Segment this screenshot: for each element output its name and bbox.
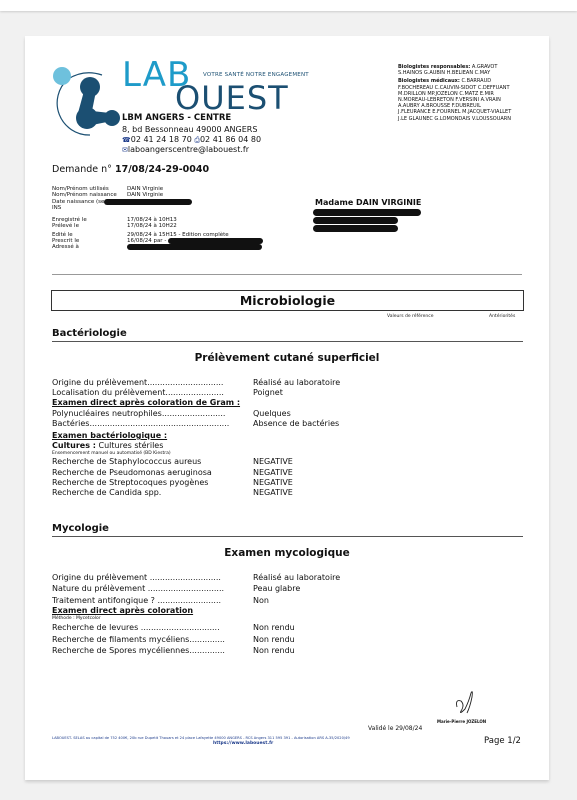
result-value: Peau glabre bbox=[253, 583, 300, 594]
legal-notice: LABOUEST- SELAS au capital de 752 400€, … bbox=[52, 736, 492, 740]
result-value: NEGATIVE bbox=[253, 478, 293, 488]
report-title: Microbiologie bbox=[51, 290, 524, 311]
lab-phone: 02 41 24 18 70 bbox=[131, 135, 192, 144]
recipient-name: Madame DAIN VIRGINIE bbox=[315, 198, 421, 207]
biologists-block: Biologistes responsables: A.GRAVOT S.HAI… bbox=[398, 64, 548, 124]
cultures-value: Cultures stériles bbox=[99, 441, 164, 451]
info-value: DAIN Virginie bbox=[127, 192, 163, 198]
biologist-line: C.BARRAUD bbox=[462, 78, 492, 84]
result-value: NEGATIVE bbox=[253, 488, 293, 498]
divider bbox=[52, 274, 522, 275]
result-label: Bactéries...............................… bbox=[52, 419, 253, 429]
signer-name: Marie-Pierre JOZELON bbox=[437, 719, 486, 724]
info-label: Adressé à bbox=[52, 244, 127, 250]
redacted-block bbox=[104, 199, 192, 205]
request-label: Demande n° bbox=[52, 164, 112, 175]
brand-ouest: OUEST bbox=[175, 82, 289, 114]
request-value: 17/08/24-29-0040 bbox=[115, 164, 209, 175]
result-label: Recherche de Staphylococcus aureus bbox=[52, 457, 253, 467]
result-value: Poignet bbox=[253, 388, 283, 398]
signature-icon bbox=[451, 689, 481, 719]
result-value: Quelques bbox=[253, 409, 291, 419]
mycology-subtitle: Examen mycologique bbox=[25, 547, 549, 559]
section-mycology: Mycologie bbox=[52, 523, 523, 537]
col-reference-values: Valeurs de référence bbox=[387, 314, 434, 319]
result-value: NEGATIVE bbox=[253, 457, 293, 467]
validated-date: Validé le 29/08/24 bbox=[368, 725, 422, 732]
result-label: Recherche de Candida spp. bbox=[52, 488, 253, 498]
lab-contact: 8, bd Bessonneau 49000 ANGERS ☎02 41 24 … bbox=[122, 125, 261, 155]
result-value: Absence de bactéries bbox=[253, 419, 339, 429]
lab-address: 8, bd Bessonneau 49000 ANGERS bbox=[122, 125, 261, 135]
result-value: Réalisé au laboratoire bbox=[253, 572, 340, 583]
mycology-direct-heading: Examen direct après coloration bbox=[52, 606, 340, 616]
page-number: Page 1/2 bbox=[484, 736, 521, 746]
lab-site-name: LBM ANGERS - CENTRE bbox=[122, 113, 231, 123]
viewer-toolbar bbox=[0, 0, 577, 11]
patient-info: Nom/Prénom utilisésDAIN Virginie Nom/Pré… bbox=[52, 186, 263, 251]
mycology-results: Origine du prélèvement .................… bbox=[52, 572, 340, 656]
biologist-line: M.DRILLON MP.JOZELON C.MATZ E.MIR bbox=[398, 91, 494, 97]
result-value: Non rendu bbox=[253, 645, 295, 656]
biologist-line: A.AUBRY A.BROUSSE F.DUBREUIL bbox=[398, 103, 481, 109]
result-label: Nature du prélèvement ..................… bbox=[52, 583, 253, 594]
cultures-label: Cultures : bbox=[52, 441, 96, 451]
bacteriology-results: Origine du prélèvement..................… bbox=[52, 378, 340, 498]
biologist-line: S.HAINOS G.AUBIN H.BELIEAN C.MAY bbox=[398, 70, 490, 76]
info-label: INS bbox=[52, 205, 127, 211]
result-label: Recherche de Spores mycéliennes.........… bbox=[52, 645, 253, 656]
result-value: Non rendu bbox=[253, 634, 295, 645]
result-label: Traitement antifongique ? ..............… bbox=[52, 595, 253, 606]
redacted-block bbox=[168, 238, 263, 244]
info-value: 17/08/24 à 10H22 bbox=[127, 223, 177, 229]
result-value: Réalisé au laboratoire bbox=[253, 378, 340, 388]
lab-email[interactable]: laboangerscentre@labouest.fr bbox=[128, 145, 249, 154]
result-value: NEGATIVE bbox=[253, 468, 293, 478]
result-label: Polynucléaires neutrophiles.............… bbox=[52, 409, 253, 419]
biologists-medicaux-label: Biologistes médicaux: bbox=[398, 78, 460, 84]
document-page: LAB VOTRE SANTÉ NOTRE ENGAGEMENT OUEST L… bbox=[25, 36, 549, 780]
gram-heading: Examen direct après coloration de Gram : bbox=[52, 398, 340, 408]
website-link[interactable]: https://www.labouest.fr bbox=[213, 741, 273, 746]
request-number: Demande n° 17/08/24-29-0040 bbox=[52, 164, 209, 175]
biologist-line: J.LE GLAUNEC G.LOMONDAIS V.LOUSSOUARN bbox=[398, 116, 511, 122]
result-label: Recherche de Streptocoques pyogènes bbox=[52, 478, 253, 488]
biologist-line: A.GRAVOT bbox=[472, 64, 498, 70]
result-label: Recherche de Pseudomonas aeruginosa bbox=[52, 468, 253, 478]
biologists-responsables-label: Biologistes responsables: bbox=[398, 64, 470, 70]
recipient-address-redacted bbox=[313, 209, 421, 233]
bacteriology-exam-heading: Examen bactériologique : bbox=[52, 431, 340, 441]
brand-tagline: VOTRE SANTÉ NOTRE ENGAGEMENT bbox=[203, 72, 309, 78]
redacted-block bbox=[127, 244, 262, 250]
result-label: Origine du prélèvement..................… bbox=[52, 378, 253, 388]
phone-icon: ☎ bbox=[122, 136, 131, 144]
labouest-logo-icon bbox=[50, 63, 120, 138]
result-label: Recherche de levures ...................… bbox=[52, 622, 253, 633]
section-bacteriology: Bactériologie bbox=[52, 328, 523, 342]
biologist-line: J.FLEURANCE E.FOURNEL M.JACQUET-VIALLET bbox=[398, 109, 511, 115]
info-label: Prélevé le bbox=[52, 223, 127, 229]
biologist-line: N.MOREAU-LEBRETON F.VERSINI A.VRAIN bbox=[398, 97, 501, 103]
result-label: Localisation du prélèvement.............… bbox=[52, 388, 253, 398]
col-previous-results: Antériorités bbox=[489, 314, 515, 319]
lab-fax: 02 41 86 04 80 bbox=[200, 135, 261, 144]
result-value: Non bbox=[253, 595, 269, 606]
result-label: Recherche de filaments mycéliens........… bbox=[52, 634, 253, 645]
biologist-line: F.BOCHEREAU C.CAUVIN-SIDOT C.DEFFUANT bbox=[398, 85, 510, 91]
bacteriology-subtitle: Prélèvement cutané superficiel bbox=[25, 352, 549, 364]
result-label: Origine du prélèvement .................… bbox=[52, 572, 253, 583]
result-value: Non rendu bbox=[253, 622, 295, 633]
